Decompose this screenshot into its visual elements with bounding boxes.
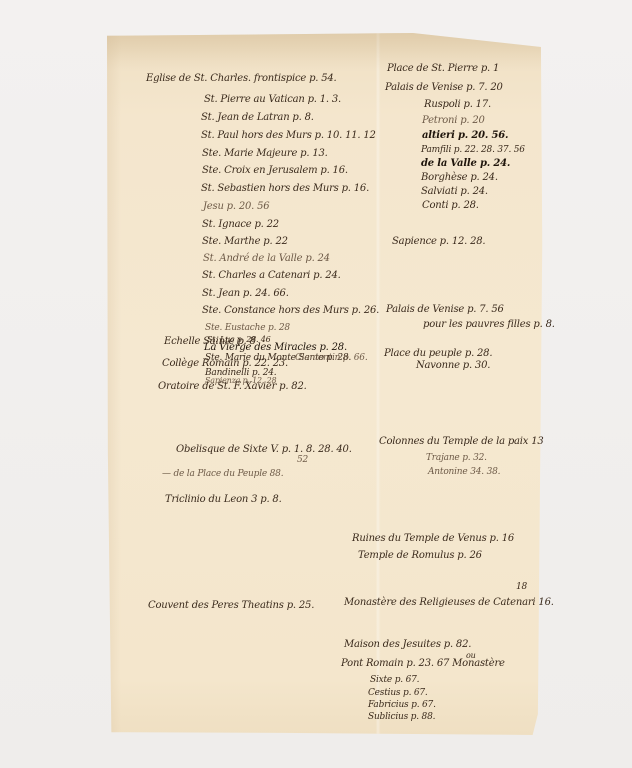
- entry-st-jean: St. Jean p. 24. 66.: [202, 289, 289, 299]
- entry-obelisque-place-peuple: — de la Place du Peuple 88.: [162, 470, 283, 479]
- entry-st-jean-latran: St. Jean de Latran p. 8.: [201, 113, 314, 123]
- entry-st-andre: St. André de la Valle p. 24: [203, 254, 330, 264]
- entry-ruines-temple-venus: Ruines du Temple de Venus p. 16: [352, 534, 514, 544]
- entry-pont-sixte: Sixte p. 67.: [370, 676, 419, 685]
- photo-background: Eglise de St. Charles. frontispice p. 54…: [0, 0, 632, 768]
- entry-palais-salviati: Salviati p. 24.: [421, 187, 488, 197]
- entry-colonnes-temple-paix: Colonnes du Temple de la paix 13: [379, 437, 544, 447]
- entry-echelle-sainte: Echelle Sainte p. 8: [164, 337, 256, 347]
- entry-palais-borghese: Borghèse p. 24.: [421, 173, 498, 183]
- entry-obelisque-superscript: 52: [297, 456, 308, 465]
- entry-pont-cestius: Cestius p. 67.: [368, 689, 428, 698]
- entry-maison-jesuites: Maison des Jesuites p. 82.: [344, 640, 471, 650]
- entry-place-du-peuple: Place du peuple p. 28.: [384, 349, 492, 359]
- entry-palais-petroni: Petroni p. 20: [422, 116, 485, 126]
- entry-st-sebastien: St. Sebastien hors des Murs p. 16.: [201, 184, 369, 194]
- entry-sapience: Sapience p. 12. 28.: [392, 237, 485, 247]
- entry-palais-altieri: altieri p. 20. 56.: [422, 131, 508, 141]
- entry-palais-valle: de la Valle p. 24.: [421, 159, 510, 169]
- entry-palais-ruspoli: Ruspoli p. 17.: [424, 100, 491, 110]
- entry-ste-marthe: Ste. Marthe p. 22: [202, 237, 288, 247]
- entry-pont-romain: Pont Romain p. 23. 67 Monastère: [341, 659, 505, 669]
- entry-ste-eustache: Ste. Eustache p. 28: [205, 324, 290, 333]
- entry-st-pierre: St. Pierre au Vatican p. 1. 3.: [204, 95, 341, 105]
- entry-ste-marie-majeure: Ste. Marie Majeure p. 13.: [202, 149, 328, 159]
- entry-monastere-religieuses: Monastère des Religieuses de Catenari 16…: [344, 598, 554, 608]
- entry-obelisque-sixte: Obelisque de Sixte V. p. 1. 8. 28. 40.: [176, 445, 352, 455]
- entry-ste-croix: Ste. Croix en Jerusalem p. 16.: [202, 166, 348, 176]
- entry-st-charles-catenari: St. Charles a Catenari p. 24.: [202, 271, 341, 281]
- entry-palais-venise-2: Palais de Venise p. 7. 56: [386, 305, 504, 315]
- entry-ste-constance: Ste. Constance hors des Murs p. 26.: [202, 306, 379, 316]
- entry-pont-sublicius: Sublicius p. 88.: [368, 713, 435, 722]
- entry-colonne-trajane: Trajane p. 32.: [426, 454, 487, 463]
- entry-palais-venise: Palais de Venise p. 7. 20: [385, 83, 503, 93]
- entry-place-st-pierre: Place de St. Pierre p. 1: [387, 64, 499, 74]
- entry-st-ignace: St. Ignace p. 22: [202, 220, 279, 230]
- entry-clementin: Clementin p. 66.: [295, 354, 368, 363]
- entry-temple-romulus: Temple de Romulus p. 26: [358, 551, 482, 561]
- entry-monastere-superscript: 18: [516, 583, 527, 592]
- entry-pont-fabricius: Fabricius p. 67.: [368, 701, 436, 710]
- entry-oratoire: Oratoire de St. F. Xavier p. 82.: [158, 382, 307, 392]
- entry-triclinio: Triclinio du Leon 3 p. 8.: [165, 495, 282, 505]
- entry-palais-conti: Conti p. 28.: [422, 201, 479, 211]
- entry-navonne: Navonne p. 30.: [416, 361, 490, 371]
- entry-couvent-theatins: Couvent des Peres Theatins p. 25.: [148, 601, 314, 611]
- entry-st-paul: St. Paul hors des Murs p. 10. 11. 12: [201, 131, 376, 141]
- entry-jesu: Jesu p. 20. 56: [203, 202, 269, 212]
- entry-colonne-antonine: Antonine 34. 38.: [428, 468, 500, 477]
- entry-pauvres-filles: pour les pauvres filles p. 8.: [423, 320, 555, 330]
- entry-palais-pamfili: Pamfili p. 22. 28. 37. 56: [421, 146, 525, 155]
- heading-eglise-st-charles: Eglise de St. Charles. frontispice p. 54…: [146, 74, 337, 84]
